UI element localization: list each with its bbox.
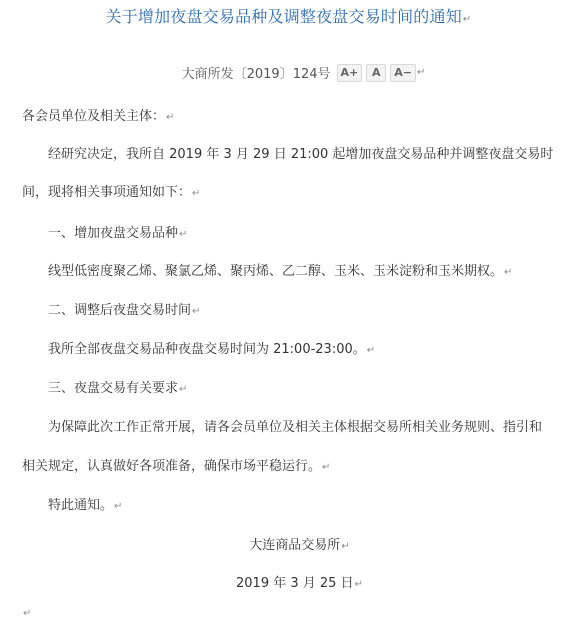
document-title: 关于增加夜盘交易品种及调整夜盘交易时间的通知↵ xyxy=(0,6,577,31)
issuer-text: 大连商品交易所 xyxy=(249,538,340,553)
doc-number-row: 大商所发〔2019〕124号 A+ A A− ↵ xyxy=(0,63,577,82)
paragraph-text: 线型低密度聚乙烯、聚氯乙烯、聚丙烯、乙二醇、玉米、玉米淀粉和玉米期权。 xyxy=(48,264,503,279)
section-heading-3: 三、夜盘交易有关要求↵ xyxy=(48,380,577,399)
salutation: 各会员单位及相关主体：↵ xyxy=(22,108,552,127)
paragraph-mark: ↵ xyxy=(23,608,31,619)
paragraph-products: 线型低密度聚乙烯、聚氯乙烯、聚丙烯、乙二醇、玉米、玉米淀粉和玉米期权。↵ xyxy=(48,263,577,282)
issue-date: 2019 年 3 月 25 日↵ xyxy=(0,575,577,594)
heading-text: 一、增加夜盘交易品种 xyxy=(48,226,178,241)
paragraph-mark: ↵ xyxy=(504,267,512,278)
paragraph-mark: ↵ xyxy=(114,501,122,512)
section-heading-2: 二、调整后夜盘交易时间↵ xyxy=(48,302,577,321)
paragraph-text: 相关规定，认真做好各项准备，确保市场平稳运行。 xyxy=(22,459,321,474)
paragraph-mark: ↵ xyxy=(367,345,375,356)
paragraph-requirements-line2: 相关规定，认真做好各项准备，确保市场平稳运行。↵ xyxy=(22,458,552,477)
paragraph-mark: ↵ xyxy=(179,229,187,240)
title-text: 关于增加夜盘交易品种及调整夜盘交易时间的通知 xyxy=(106,7,462,26)
paragraph-mark: ↵ xyxy=(192,306,200,317)
paragraph-mark: ↵ xyxy=(417,67,425,78)
font-reset-button[interactable]: A xyxy=(366,64,386,82)
section-heading-1: 一、增加夜盘交易品种↵ xyxy=(48,225,577,244)
paragraph-mark: ↵ xyxy=(166,112,174,123)
doc-number: 大商所发〔2019〕124号 xyxy=(182,63,331,82)
paragraph-text: 我所全部夜盘交易品种夜盘交易时间为 21:00-23:00。 xyxy=(48,342,366,357)
paragraph-mark: ↵ xyxy=(463,14,472,25)
paragraph-closing: 特此通知。↵ xyxy=(48,497,577,516)
paragraph-mark: ↵ xyxy=(355,579,363,590)
date-text: 2019 年 3 月 25 日 xyxy=(236,576,354,591)
paragraph-text: 为保障此次工作正常开展，请各会员单位及相关主体根据交易所相关业务规则、指引和 xyxy=(48,420,542,435)
paragraph-mark: ↵ xyxy=(322,462,330,473)
heading-text: 二、调整后夜盘交易时间 xyxy=(48,303,191,318)
paragraph-intro-line1: 经研究决定，我所自 2019 年 3 月 29 日 21:00 起增加夜盘交易品… xyxy=(48,146,577,164)
paragraph-text: 特此通知。 xyxy=(48,498,113,513)
paragraph-text: 间，现将相关事项通知如下： xyxy=(22,185,191,200)
paragraph-mark: ↵ xyxy=(179,384,187,395)
empty-paragraph: ↵ xyxy=(22,604,552,623)
paragraph-mark: ↵ xyxy=(341,541,349,552)
paragraph-text: 经研究决定，我所自 2019 年 3 月 29 日 21:00 起增加夜盘交易品… xyxy=(48,147,553,162)
font-increase-button[interactable]: A+ xyxy=(337,64,363,82)
paragraph-requirements-line1: 为保障此次工作正常开展，请各会员单位及相关主体根据交易所相关业务规则、指引和 xyxy=(48,419,577,437)
paragraph-trading-hours: 我所全部夜盘交易品种夜盘交易时间为 21:00-23:00。↵ xyxy=(48,341,577,360)
salutation-text: 各会员单位及相关主体： xyxy=(22,109,165,124)
heading-text: 三、夜盘交易有关要求 xyxy=(48,381,178,396)
issuer: 大连商品交易所↵ xyxy=(0,537,577,556)
paragraph-intro-line2: 间，现将相关事项通知如下：↵ xyxy=(22,184,552,203)
font-decrease-button[interactable]: A− xyxy=(390,64,416,82)
paragraph-mark: ↵ xyxy=(192,188,200,199)
